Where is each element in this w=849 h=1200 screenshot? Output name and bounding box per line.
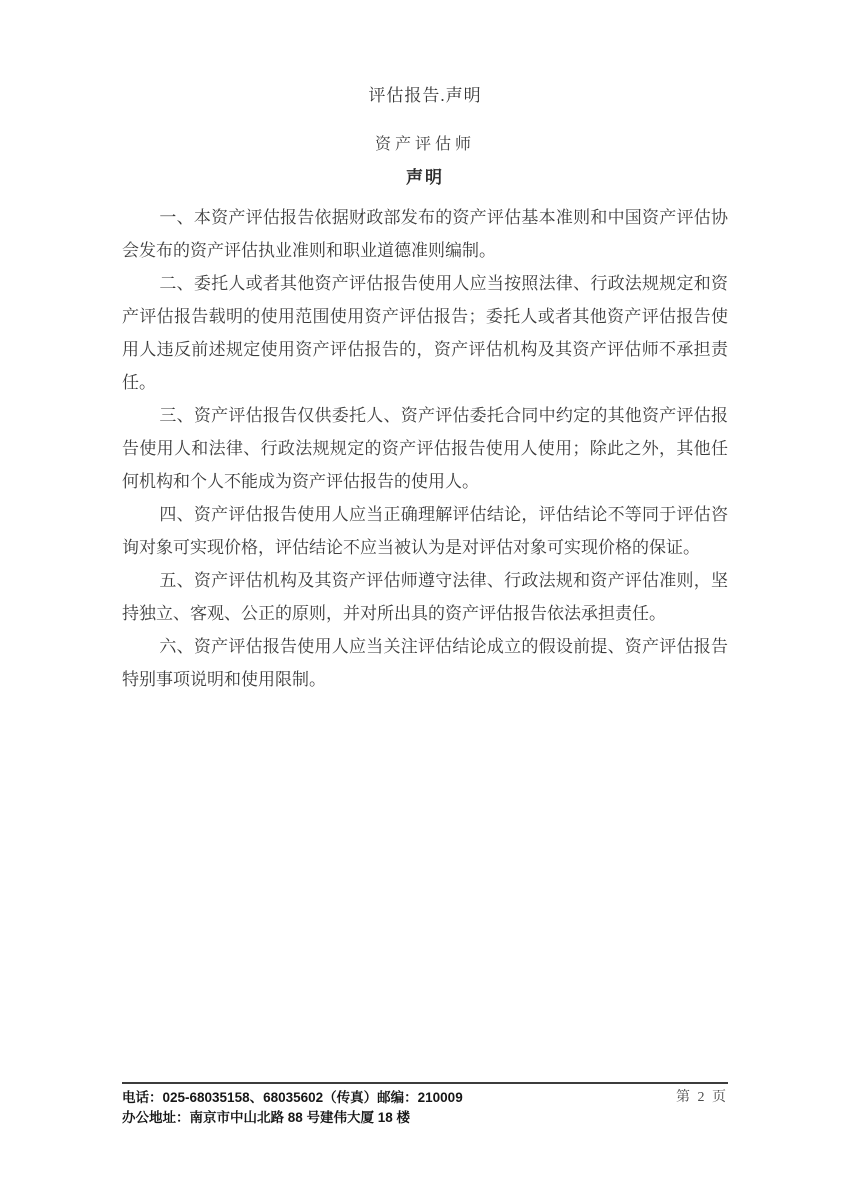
statement-paragraph-4: 四、资产评估报告使用人应当正确理解评估结论，评估结论不等同于评估咨询对象可实现价…	[122, 498, 728, 564]
statement-paragraph-3: 三、资产评估报告仅供委托人、资产评估委托合同中约定的其他资产评估报告使用人和法律…	[122, 399, 728, 498]
appraiser-heading: 资产评估师	[122, 135, 728, 155]
statement-paragraph-2: 二、委托人或者其他资产评估报告使用人应当按照法律、行政法规规定和资产评估报告载明…	[122, 267, 728, 399]
statement-body: 一、本资产评估报告依据财政部发布的资产评估基本准则和中国资产评估协会发布的资产评…	[122, 201, 728, 696]
statement-paragraph-5: 五、资产评估机构及其资产评估师遵守法律、行政法规和资产评估准则，坚持独立、客观、…	[122, 564, 728, 630]
statement-heading: 声明	[122, 167, 728, 189]
document-content: 评估报告.声明 资产评估师 声明 一、本资产评估报告依据财政部发布的资产评估基本…	[122, 85, 728, 696]
statement-paragraph-1: 一、本资产评估报告依据财政部发布的资产评估基本准则和中国资产评估协会发布的资产评…	[122, 201, 728, 267]
page-footer: 电话：025-68035158、68035602（传真）邮编：210009 办公…	[122, 1082, 728, 1128]
report-title: 评估报告.声明	[122, 85, 728, 107]
page-number: 第 2 页	[676, 1088, 728, 1108]
footer-address-line: 办公地址：南京市中山北路 88 号建伟大厦 18 楼	[122, 1108, 463, 1128]
footer-phone-line: 电话：025-68035158、68035602（传真）邮编：210009	[122, 1088, 463, 1108]
footer-contact-block: 电话：025-68035158、68035602（传真）邮编：210009 办公…	[122, 1088, 463, 1128]
document-page: 评估报告.声明 资产评估师 声明 一、本资产评估报告依据财政部发布的资产评估基本…	[0, 0, 849, 1200]
statement-paragraph-6: 六、资产评估报告使用人应当关注评估结论成立的假设前提、资产评估报告特别事项说明和…	[122, 630, 728, 696]
